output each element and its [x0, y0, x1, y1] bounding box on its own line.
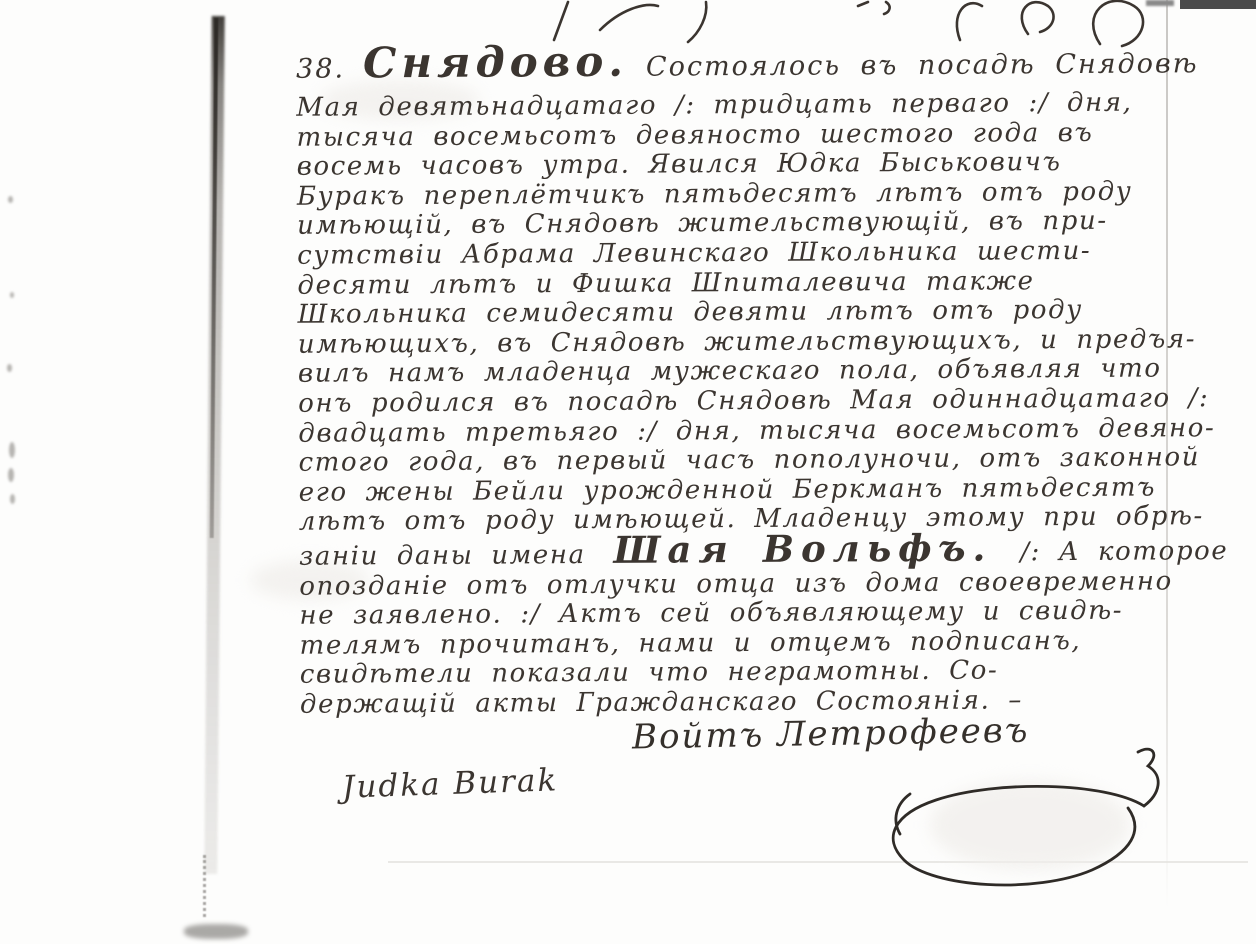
- margin-speck: [10, 494, 15, 504]
- scan-smudge: [203, 855, 206, 917]
- name-line-before: заніи даны имена: [299, 540, 586, 572]
- record-number: 38.: [296, 53, 345, 84]
- place-heading: Снядово.: [363, 37, 628, 88]
- heading-opening-text: Состоялось въ посадѣ Снядовѣ: [646, 48, 1199, 82]
- act-body-lower: опозданіе отъ отлучки отца изъ дома свое…: [299, 567, 1200, 720]
- margin-speck: [8, 196, 13, 203]
- scan-smudge: [184, 924, 248, 939]
- scan-artifact-corner: [1180, 0, 1256, 9]
- signature-flourish: [876, 742, 1186, 912]
- margin-speck: [8, 468, 14, 482]
- manuscript-line: телямъ прочитанъ, нами и отцемъ подписан…: [300, 626, 1200, 661]
- act-heading: 38. Снядово. Состоялось въ посадѣ Снядов…: [296, 33, 1196, 87]
- scanned-document-page: 38. Снядово. Состоялось въ посадѣ Снядов…: [0, 0, 1256, 944]
- margin-speck: [9, 442, 15, 458]
- manuscript-line: сутствіи Абрама Левинскаго Школьника шес…: [297, 236, 1197, 271]
- act-text-block: 38. Снядово. Состоялось въ посадѣ Снядов…: [296, 33, 1200, 720]
- child-name: Шая Вольфъ.: [603, 525, 1002, 571]
- manuscript-line: тысяча восемьсотъ девяносто шестого года…: [296, 118, 1196, 153]
- scan-artifact-corner: [1146, 0, 1174, 6]
- margin-speck: [10, 292, 14, 298]
- name-line-after: /: А которое: [1020, 536, 1228, 567]
- father-signature: Judka Burak: [341, 762, 558, 806]
- act-body-upper: Мая девятьнадцатаго /: тридцать перваго …: [296, 88, 1199, 537]
- margin-speck: [7, 364, 12, 372]
